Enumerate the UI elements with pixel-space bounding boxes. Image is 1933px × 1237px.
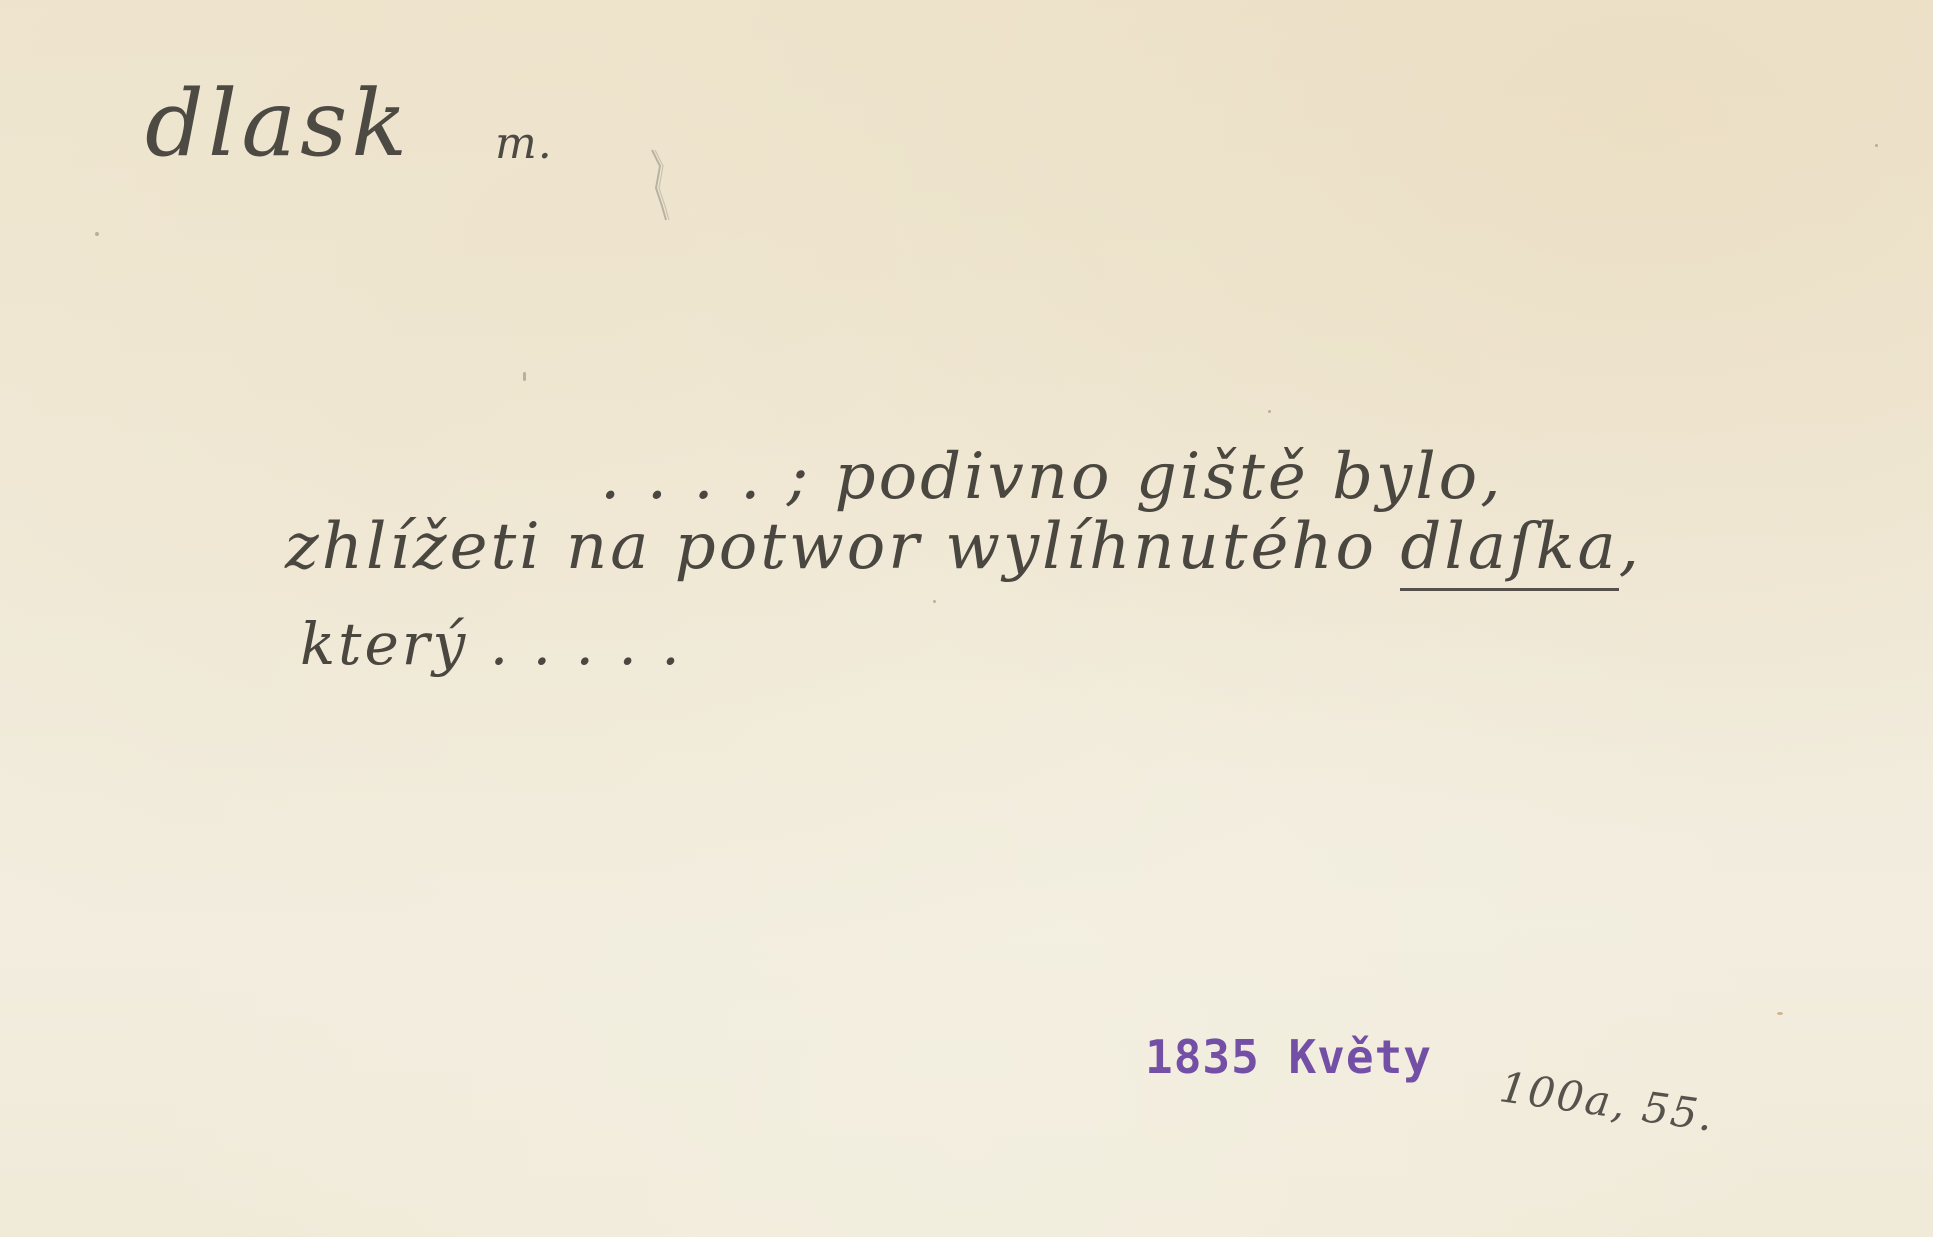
index-card: dlask m. . . . . ; podivno giště bylo, z…	[0, 0, 1933, 1237]
stamp-source: Květy	[1288, 1030, 1431, 1084]
paper-speck	[1268, 410, 1271, 413]
paper-speck	[1875, 144, 1878, 147]
citation-line-2: zhlížeti na potwor wylíhnutého dlaſka,	[285, 510, 1642, 584]
citation-line-2-prefix: zhlížeti na potwor wylíhnutého	[285, 510, 1400, 584]
paper-speck	[933, 600, 936, 603]
citation-line-1: . . . . ; podivno giště bylo,	[600, 440, 1504, 514]
underlined-headword-occurrence: dlaſka	[1400, 510, 1618, 591]
bracket-mark-icon	[648, 148, 670, 223]
paper-speck	[1777, 1012, 1783, 1015]
page-reference: 100a, 55.	[1497, 1062, 1718, 1141]
headword: dlask	[145, 70, 411, 177]
stamp-year: 1835	[1145, 1030, 1260, 1084]
paper-speck	[523, 372, 526, 381]
source-stamp: 1835 Květy	[1145, 1030, 1432, 1084]
grammatical-gender: m.	[495, 118, 553, 169]
paper-speck	[95, 232, 99, 236]
citation-line-2-suffix: ,	[1619, 510, 1642, 584]
citation-line-3: který . . . . .	[300, 610, 683, 678]
